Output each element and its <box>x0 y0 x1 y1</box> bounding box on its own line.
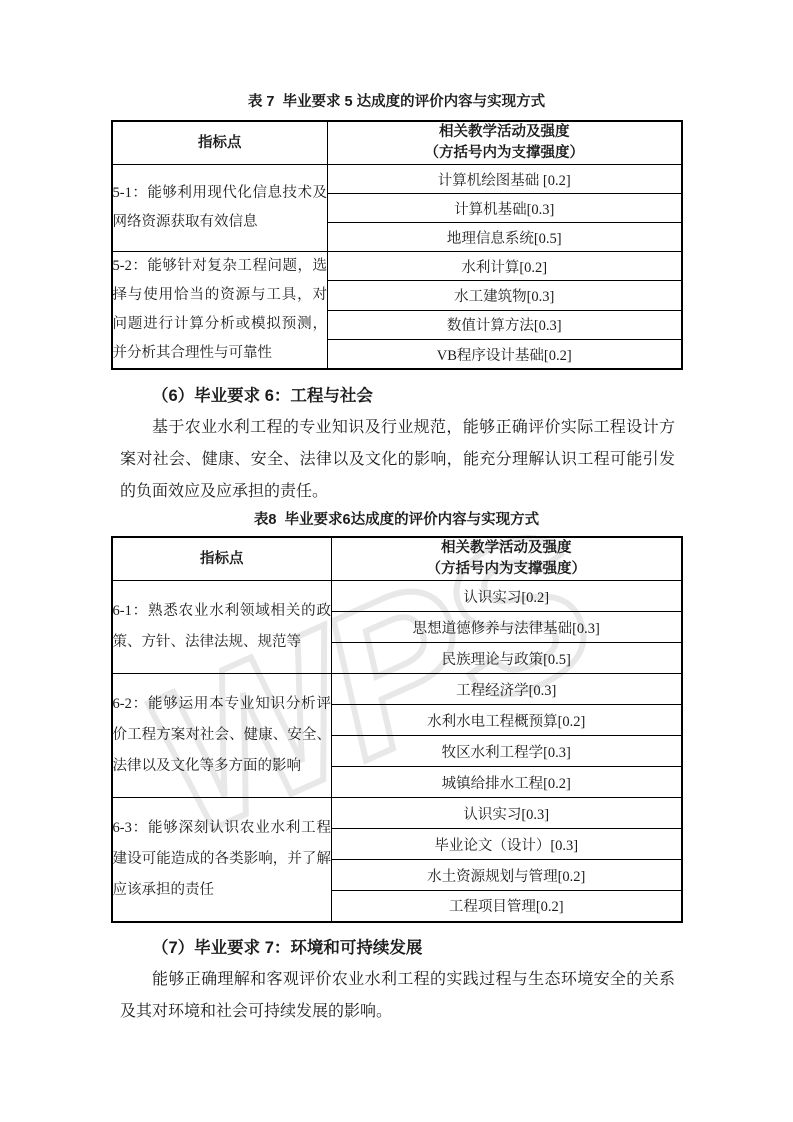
course-cell: 水工建筑物[0.3] <box>328 281 682 310</box>
course-cell: 水利计算[0.2] <box>328 252 682 281</box>
indicator-cell-5-1: 5-1：能够利用现代化信息技术及网络资源获取有效信息 <box>112 165 328 252</box>
course-cell: 工程经济学[0.3] <box>332 674 682 705</box>
course-cell: 思想道德修养与法律基础[0.3] <box>332 612 682 643</box>
course-cell: 地理信息系统[0.5] <box>328 223 682 252</box>
table-7: 指标点 相关教学活动及强度 （方括号内为支撑强度） 5-1：能够利用现代化信息技… <box>111 120 683 370</box>
course-cell: 水土资源规划与管理[0.2] <box>332 860 682 891</box>
course-cell: 数值计算方法[0.3] <box>328 310 682 339</box>
table-8-title: 表8 毕业要求6达成度的评价内容与实现方式 <box>0 510 793 530</box>
page-content: 表 7 毕业要求 5 达成度的评价内容与实现方式 指标点 相关教学活动及强度 （… <box>0 0 793 1028</box>
course-cell: 民族理论与政策[0.5] <box>332 643 682 674</box>
table-header-row: 指标点 相关教学活动及强度 （方括号内为支撑强度） <box>112 121 682 165</box>
section-6-heading: （6）毕业要求 6：工程与社会 <box>152 385 793 408</box>
course-cell: 认识实习[0.2] <box>332 581 682 612</box>
header-activity-line2: （方括号内为支撑强度） <box>328 143 681 164</box>
table-row: 5-2：能够针对复杂工程问题，选择与使用恰当的资源与工具，对问题进行计算分析或模… <box>112 252 682 281</box>
header-activity-line1: 相关教学活动及强度 <box>332 538 681 559</box>
course-cell: 计算机绘图基础 [0.2] <box>328 165 682 194</box>
section-6-paragraph: 基于农业水利工程的专业知识及行业规范，能够正确评价实际工程设计方案对社会、健康、… <box>0 412 793 508</box>
column-header-activity: 相关教学活动及强度 （方括号内为支撑强度） <box>332 537 682 581</box>
course-cell: 城镇给排水工程[0.2] <box>332 767 682 798</box>
indicator-cell-6-2: 6-2：能够运用本专业知识分析评价工程方案对社会、健康、安全、法律以及文化等多方… <box>112 674 332 798</box>
course-cell: 计算机基础[0.3] <box>328 194 682 223</box>
table-header-row: 指标点 相关教学活动及强度 （方括号内为支撑强度） <box>112 537 682 581</box>
table-row: 5-1：能够利用现代化信息技术及网络资源获取有效信息 计算机绘图基础 [0.2] <box>112 165 682 194</box>
course-cell: 认识实习[0.3] <box>332 798 682 829</box>
course-cell: 工程项目管理[0.2] <box>332 891 682 922</box>
section-7-heading: （7）毕业要求 7：环境和可持续发展 <box>152 937 793 960</box>
header-activity-line2: （方括号内为支撑强度） <box>332 559 681 580</box>
course-cell: 毕业论文（设计）[0.3] <box>332 829 682 860</box>
course-cell: 牧区水利工程学[0.3] <box>332 736 682 767</box>
indicator-cell-6-1: 6-1：熟悉农业水利领域相关的政策、方针、法律法规、规范等 <box>112 581 332 674</box>
table-row: 6-1：熟悉农业水利领域相关的政策、方针、法律法规、规范等 认识实习[0.2] <box>112 581 682 612</box>
table-8: 指标点 相关教学活动及强度 （方括号内为支撑强度） 6-1：熟悉农业水利领域相关… <box>111 536 683 923</box>
course-cell: 水利水电工程概预算[0.2] <box>332 705 682 736</box>
section-7-paragraph: 能够正确理解和客观评价农业水利工程的实践过程与生态环境安全的关系及其对环境和社会… <box>0 964 793 1028</box>
table-row: 6-2：能够运用本专业知识分析评价工程方案对社会、健康、安全、法律以及文化等多方… <box>112 674 682 705</box>
document-page: WPS 表 7 毕业要求 5 达成度的评价内容与实现方式 指标点 相关教学活动及… <box>0 0 793 1122</box>
column-header-activity: 相关教学活动及强度 （方括号内为支撑强度） <box>328 121 682 165</box>
indicator-cell-6-3: 6-3：能够深刻认识农业水利工程建设可能造成的各类影响，并了解应该承担的责任 <box>112 798 332 922</box>
column-header-indicator: 指标点 <box>112 537 332 581</box>
column-header-indicator: 指标点 <box>112 121 328 165</box>
header-activity-line1: 相关教学活动及强度 <box>328 122 681 143</box>
table-row: 6-3：能够深刻认识农业水利工程建设可能造成的各类影响，并了解应该承担的责任 认… <box>112 798 682 829</box>
course-cell: VB程序设计基础[0.2] <box>328 340 682 369</box>
table-7-title: 表 7 毕业要求 5 达成度的评价内容与实现方式 <box>0 92 793 112</box>
indicator-cell-5-2: 5-2：能够针对复杂工程问题，选择与使用恰当的资源与工具，对问题进行计算分析或模… <box>112 252 328 370</box>
